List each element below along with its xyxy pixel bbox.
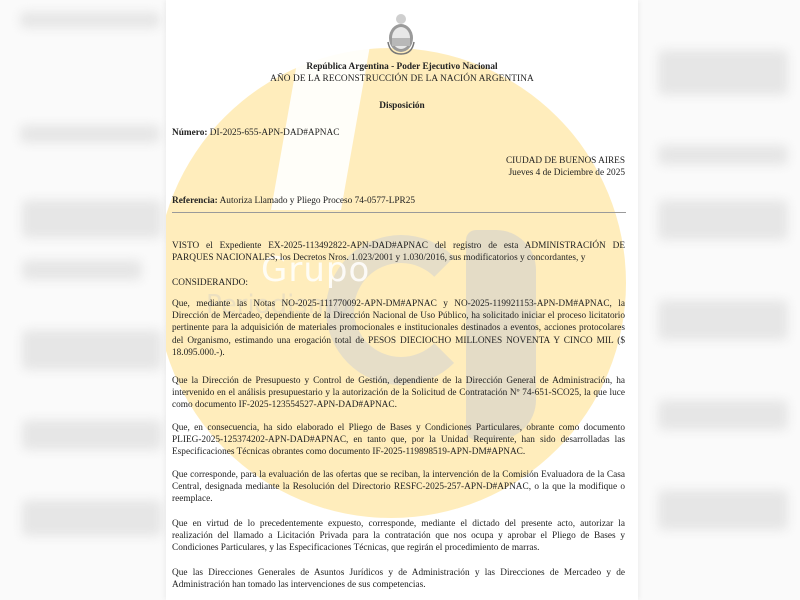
reference: Referencia: Autoriza Llamado y Pliego Pr… — [172, 195, 415, 207]
visto-paragraph: VISTO el Expediente EX-2025-113492822-AP… — [172, 240, 625, 264]
paragraph-1: Que, mediante las Notas NO-2025-11177009… — [172, 298, 625, 359]
document-type: Disposición — [166, 100, 638, 112]
city: CIUDAD DE BUENOS AIRES — [506, 155, 625, 167]
paragraph-5: Que en virtud de lo precedentemente expu… — [172, 518, 625, 555]
paragraph-2: Que la Dirección de Presupuesto y Contro… — [172, 375, 625, 412]
date: Jueves 4 de Diciembre de 2025 — [506, 167, 625, 179]
blurred-background-left — [0, 0, 166, 600]
paragraph-3: Que, en consecuencia, ha sido elaborado … — [172, 422, 625, 459]
referencia-label: Referencia: — [172, 196, 218, 206]
document-page: Grupo Periodismo República Argentina - P… — [166, 0, 638, 600]
blurred-background-right — [638, 0, 800, 600]
argentina-coat-of-arms-icon — [384, 12, 418, 56]
header-republica: República Argentina - Poder Ejecutivo Na… — [166, 61, 638, 73]
document-number: Número: DI-2025-655-APN-DAD#APNAC — [172, 127, 339, 139]
numero-value: DI-2025-655-APN-DAD#APNAC — [210, 128, 340, 138]
referencia-value: Autoriza Llamado y Pliego Proceso 74-057… — [220, 196, 415, 206]
paragraph-6: Que las Direcciones Generales de Asuntos… — [172, 567, 625, 591]
paragraph-4: Que corresponde, para la evaluación de l… — [172, 469, 625, 506]
divider — [172, 212, 626, 213]
numero-label: Número: — [172, 128, 207, 138]
considerando-heading: CONSIDERANDO: — [172, 277, 625, 289]
header-year-motto: AÑO DE LA RECONSTRUCCIÓN DE LA NACIÓN AR… — [166, 73, 638, 85]
place-and-date: CIUDAD DE BUENOS AIRES Jueves 4 de Dicie… — [506, 155, 625, 179]
